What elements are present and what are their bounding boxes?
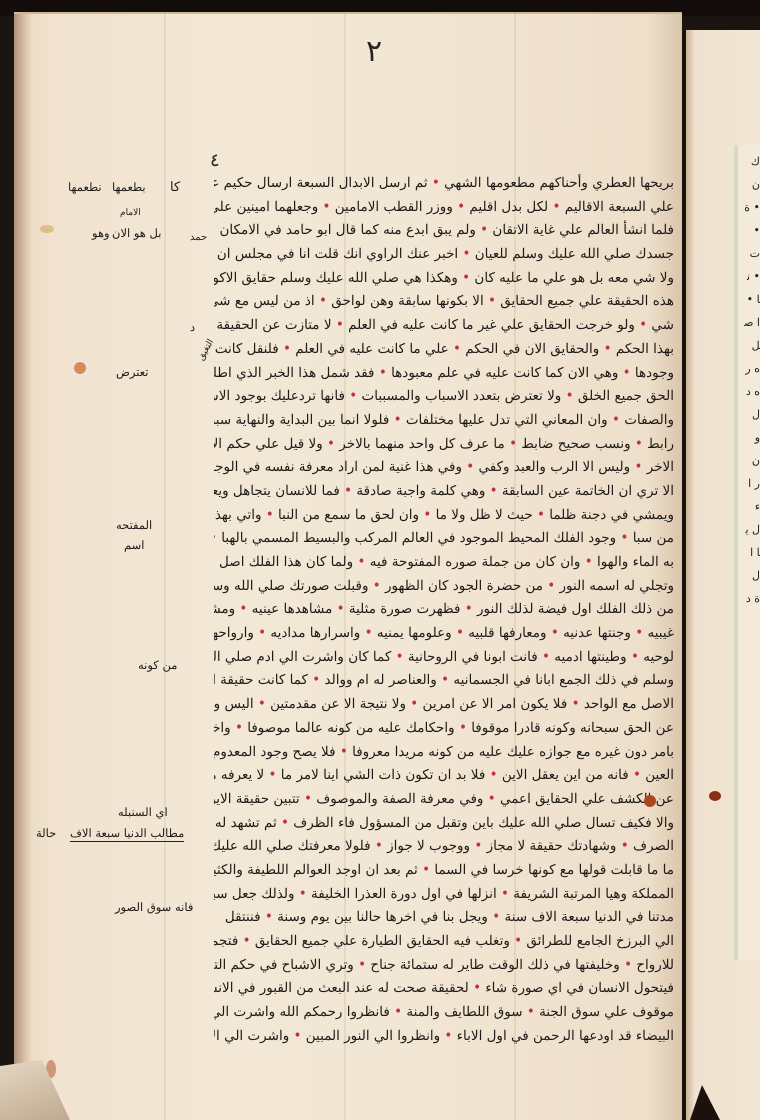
rubric-dot: • [462, 270, 470, 286]
rubric-dot: • [375, 838, 383, 854]
rubric-dot: • [488, 293, 496, 309]
rubric-dot: • [509, 436, 517, 452]
rubric-dot: • [258, 625, 266, 641]
margin-note: اي السنبله [118, 805, 168, 819]
rubric-dot: • [432, 175, 440, 191]
rubric-dot: • [340, 744, 348, 760]
text-line: فيتحول الانسان في اي صورة شاء • لحقيقة ص… [214, 977, 674, 1001]
margin-note: فانه سوق الصور [115, 900, 193, 914]
rubric-dot: • [312, 672, 320, 688]
main-text-block: بريحها العطري وأحناكهم مطعومها الشهي • ث… [214, 172, 674, 1048]
rubric-dot: • [396, 649, 404, 665]
rubric-dot: • [283, 341, 291, 357]
text-line: بريحها العطري وأحناكهم مطعومها الشهي • ث… [214, 172, 674, 196]
rubric-dot: • [344, 483, 352, 499]
margin-note: بطعمها [112, 180, 146, 194]
text-line: عن الحق سبحانه وكونه قادرا موقوفا • واحك… [214, 717, 674, 741]
text-line: ولا شي معه بل هو علي ما عليه كان • وهكذا… [214, 267, 674, 291]
rubric-dot: • [423, 507, 431, 523]
text-line: للارواح • وخليفتها في ذلك الوقت طاير له … [214, 954, 674, 978]
rubric-dot: • [623, 365, 631, 381]
rubric-dot: • [488, 791, 496, 807]
rubric-dot: • [490, 767, 498, 783]
rubric-dot: • [422, 862, 430, 878]
margin-note: من كونه [138, 658, 177, 672]
rubric-dot: • [214, 530, 217, 546]
text-line: موقوف علي سوق الجنة • سوق اللطايف والمنة… [214, 1001, 674, 1025]
rubric-dot: • [357, 554, 365, 570]
rubric-dot: • [572, 696, 580, 712]
text-line: علي السبعة الاقاليم • لكل بدل اقليم • وو… [214, 196, 674, 220]
rubric-dot: • [394, 412, 402, 428]
text-line: المملكة وهيا المرتبة الشريفة • انزلها في… [214, 883, 674, 907]
rubric-dot: • [294, 1028, 302, 1044]
margin-note: تعترض [116, 365, 148, 379]
margin-note: المفتحه [116, 518, 152, 532]
margin-note: د [190, 320, 195, 334]
text-line: وسلم في ذلك الجمع ابانا في الجسمانيه • و… [214, 669, 674, 693]
text-line: هذه الحقيقة علي جميع الحقايق • الا بكونه… [214, 290, 674, 314]
rubric-dot: • [459, 720, 467, 736]
rubric-dot: • [349, 388, 357, 404]
text-line: عن الكشف علي الحقايق اعمي • وفي معرفة ال… [214, 788, 674, 812]
text-line: به الماء والهوا • وان كان من جملة صوره ا… [214, 551, 674, 575]
rubric-dot: • [337, 601, 345, 617]
rubric-dot: • [373, 578, 381, 594]
rubric-dot: • [514, 933, 522, 949]
rubric-dot: • [444, 1028, 452, 1044]
rubric-dot: • [323, 199, 331, 215]
margin-note: اسم [124, 538, 144, 552]
rubric-dot: • [473, 980, 481, 996]
rubric-dot: • [258, 696, 266, 712]
rubric-dot: • [542, 649, 550, 665]
rubric-dot: • [327, 436, 335, 452]
rubric-dot: • [465, 601, 473, 617]
text-line: غيبيه • وجنتها عدنيه • ومعارفها قلبيه • … [214, 622, 674, 646]
ink-stain [644, 795, 656, 807]
text-line: مدتنا في الدنيا سبعة الاف سنة • ويجل بنا… [214, 906, 674, 930]
rubric-dot: • [365, 625, 373, 641]
rubric-dot: • [266, 507, 274, 523]
catchword-marker: ٤ [210, 150, 220, 171]
rubric-dot: • [547, 578, 555, 594]
text-line: وتجلي له اسمه النور • من حضرة الجود كان … [214, 575, 674, 599]
text-line: الصرف • وشهادتك حقيقة لا مجاز • ووجوب لا… [214, 835, 674, 859]
rubric-dot: • [537, 507, 545, 523]
rubric-dot: • [269, 767, 277, 783]
text-line: رابط • ونسب صحيح ضابط • ما عرف كل واحد م… [214, 433, 674, 457]
margin-note: نطعمها [68, 180, 102, 194]
text-line: شي • ولو خرجت الحقايق علي غير ما كانت عل… [214, 314, 674, 338]
rubric-dot: • [527, 1004, 535, 1020]
rubric-dot: • [480, 222, 488, 238]
rubric-dot: • [551, 625, 559, 641]
rubric-dot: • [299, 886, 307, 902]
rubric-dot: • [466, 459, 474, 475]
text-line: الاخر • وليس الا الرب والعبد وكفي • وفي … [214, 456, 674, 480]
text-line: من سبا • وجود الفلك المحيط الموجود في ال… [214, 527, 674, 551]
folio-number: ٢ [366, 34, 382, 69]
rubric-dot: • [394, 1004, 402, 1020]
text-line: البيضاء قد اودعها الرحمن في اول الاباء •… [214, 1025, 674, 1049]
rubric-dot: • [304, 791, 312, 807]
text-line: لوحيه • وطينتها ادميه • فانت ابونا في ال… [214, 646, 674, 670]
text-line: ويمشي في دجنة ظلما • حيث لا ظل ولا ما • … [214, 504, 674, 528]
rubric-dot: • [453, 341, 461, 357]
rubric-dot: • [621, 838, 629, 854]
rubric-dot: • [235, 720, 243, 736]
ink-stain [74, 362, 86, 374]
rubric-dot: • [379, 365, 387, 381]
rubric-dot: • [620, 530, 628, 546]
rubric-dot: • [566, 388, 574, 404]
rubric-dot: • [552, 199, 560, 215]
rubric-dot: • [635, 436, 643, 452]
rubric-dot: • [624, 957, 632, 973]
text-line: والصفات • وان المعاني التي تدل عليها مخت… [214, 409, 674, 433]
margin-note-underlined: مطالب الدنيا سبعة الاف [70, 826, 184, 842]
margin-note: حمد [190, 232, 207, 243]
rubric-dot: • [214, 222, 215, 238]
text-line: والا فكيف تسال صلي الله عليك باين وتقبل … [214, 812, 674, 836]
margin-note: الامام [120, 208, 141, 218]
rubric-dot: • [457, 199, 465, 215]
rubric-dot: • [243, 933, 251, 949]
margin-note: كا [170, 180, 180, 195]
paper-fold-line [164, 14, 166, 1120]
margin-note: حالة [36, 826, 56, 840]
margin-note: وهو [92, 226, 110, 240]
text-line: الي البرزخ الجامع للطرائق • وتغلب فيه ال… [214, 930, 674, 954]
text-line: بهذا الحكم • والحقايق الان في الحكم • عل… [214, 338, 674, 362]
rubric-dot: • [441, 672, 449, 688]
rubric-dot: • [462, 246, 470, 262]
text-line: فلما انشأ العالم علي غاية الاتقان • ولم … [214, 219, 674, 243]
rubric-dot: • [631, 649, 639, 665]
text-line: الحق جميع الخلق • ولا تعترض بتعدد الاسبا… [214, 385, 674, 409]
rubric-dot: • [501, 886, 509, 902]
text-line: ما ما قابلت قولها مع كونها خرسا في السما… [214, 859, 674, 883]
rubric-dot: • [492, 909, 500, 925]
rubric-dot: • [336, 317, 344, 333]
text-line: الاصل مع الواحد • فلا يكون امر الا عن ام… [214, 693, 674, 717]
rubric-dot: • [585, 554, 593, 570]
water-stain [40, 225, 54, 233]
text-line: العين • فانه من اين يعقل الاين • فلا بد … [214, 764, 674, 788]
rubric-dot: • [633, 767, 641, 783]
rubric-dot: • [239, 601, 247, 617]
text-line: جسدك صلي الله عليك وسلم للعيان • اخبر عن… [214, 243, 674, 267]
text-line: من ذلك الفلك اول فيضة لذلك النور • فظهرت… [214, 598, 674, 622]
rubric-dot: • [634, 459, 642, 475]
rubric-dot: • [635, 625, 643, 641]
rubric-dot: • [456, 625, 464, 641]
rubric-dot: • [281, 815, 289, 831]
rubric-dot: • [358, 957, 366, 973]
rubric-dot: • [319, 293, 327, 309]
rubric-dot: • [612, 412, 620, 428]
text-line: الا تري ان الخاتمة عين السابقة • وهي كلم… [214, 480, 674, 504]
text-line: بامر دون غيره مع جوازه عليك عليه من كونه… [214, 741, 674, 765]
text-line: وجودها • وهي الان كما كانت عليه في علم م… [214, 362, 674, 386]
margin-note: بل هو الان [112, 226, 161, 240]
ink-stain [709, 791, 721, 801]
rubric-dot: • [604, 341, 612, 357]
rubric-dot: • [490, 483, 498, 499]
rubric-dot: • [410, 696, 418, 712]
facing-page-text-fragment: ك ن • ة • ت • نا • ا صل ه ر ه د ل و ن ر … [744, 150, 760, 950]
rubric-dot: • [474, 838, 482, 854]
rubric-dot: • [639, 317, 647, 333]
rubric-dot: • [265, 909, 273, 925]
